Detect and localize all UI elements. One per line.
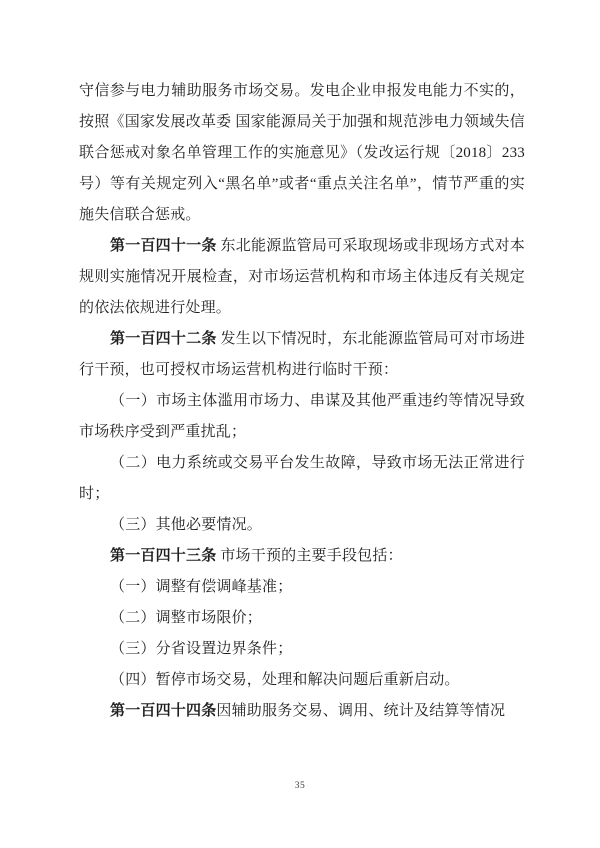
paragraph: （二）电力系统或交易平台发生故障，导致市场无法正常进行时；: [79, 448, 525, 510]
paragraph-text: （一）市场主体滥用市场力、串谋及其他严重违约等情况导致市场秩序受到严重扰乱；: [79, 393, 525, 440]
article-number: 第一百四十二条: [110, 331, 217, 347]
document-content: 守信参与电力辅助服务市场交易。发电企业申报发电能力不实的，按照《国家发展改革委 …: [79, 76, 525, 727]
article-paragraph: 第一百四十二条 发生以下情况时，东北能源监管局可对市场进行干预，也可授权市场运营…: [79, 324, 525, 386]
paragraph: （一）市场主体滥用市场力、串谋及其他严重违约等情况导致市场秩序受到严重扰乱；: [79, 386, 525, 448]
paragraph: 守信参与电力辅助服务市场交易。发电企业申报发电能力不实的，按照《国家发展改革委 …: [79, 76, 525, 231]
article-paragraph: 第一百四十四条因辅助服务交易、调用、统计及结算等情况: [79, 696, 525, 727]
article-number: 第一百四十三条: [110, 548, 216, 564]
article-paragraph: 第一百四十三条 市场干预的主要手段包括：: [79, 541, 525, 572]
paragraph-text: 因辅助服务交易、调用、统计及结算等情况: [216, 703, 505, 719]
paragraph: （一）调整有偿调峰基准；: [79, 572, 525, 603]
paragraph-text: 守信参与电力辅助服务市场交易。发电企业申报发电能力不实的，按照《国家发展改革委 …: [79, 83, 525, 223]
paragraph-text: 市场干预的主要手段包括：: [216, 548, 402, 564]
article-number: 第一百四十一条: [110, 238, 217, 254]
paragraph: （三）其他必要情况。: [79, 510, 525, 541]
paragraph: （二）调整市场限价；: [79, 603, 525, 634]
article-paragraph: 第一百四十一条 东北能源监管局可采取现场或非现场方式对本规则实施情况开展检查，对…: [79, 231, 525, 324]
paragraph-text: （二）电力系统或交易平台发生故障，导致市场无法正常进行时；: [79, 455, 525, 502]
document-page: 守信参与电力辅助服务市场交易。发电企业申报发电能力不实的，按照《国家发展改革委 …: [0, 0, 600, 848]
paragraph-text: （二）调整市场限价；: [110, 610, 262, 626]
page-number: 35: [0, 779, 600, 793]
paragraph: （四）暂停市场交易，处理和解决问题后重新启动。: [79, 665, 525, 696]
paragraph-text: （四）暂停市场交易，处理和解决问题后重新启动。: [110, 672, 460, 688]
article-number: 第一百四十四条: [110, 703, 216, 719]
paragraph-text: （一）调整有偿调峰基准；: [110, 579, 292, 595]
paragraph-text: （三）分省设置边界条件；: [110, 641, 292, 657]
paragraph: （三）分省设置边界条件；: [79, 634, 525, 665]
paragraph-text: （三）其他必要情况。: [110, 517, 262, 533]
